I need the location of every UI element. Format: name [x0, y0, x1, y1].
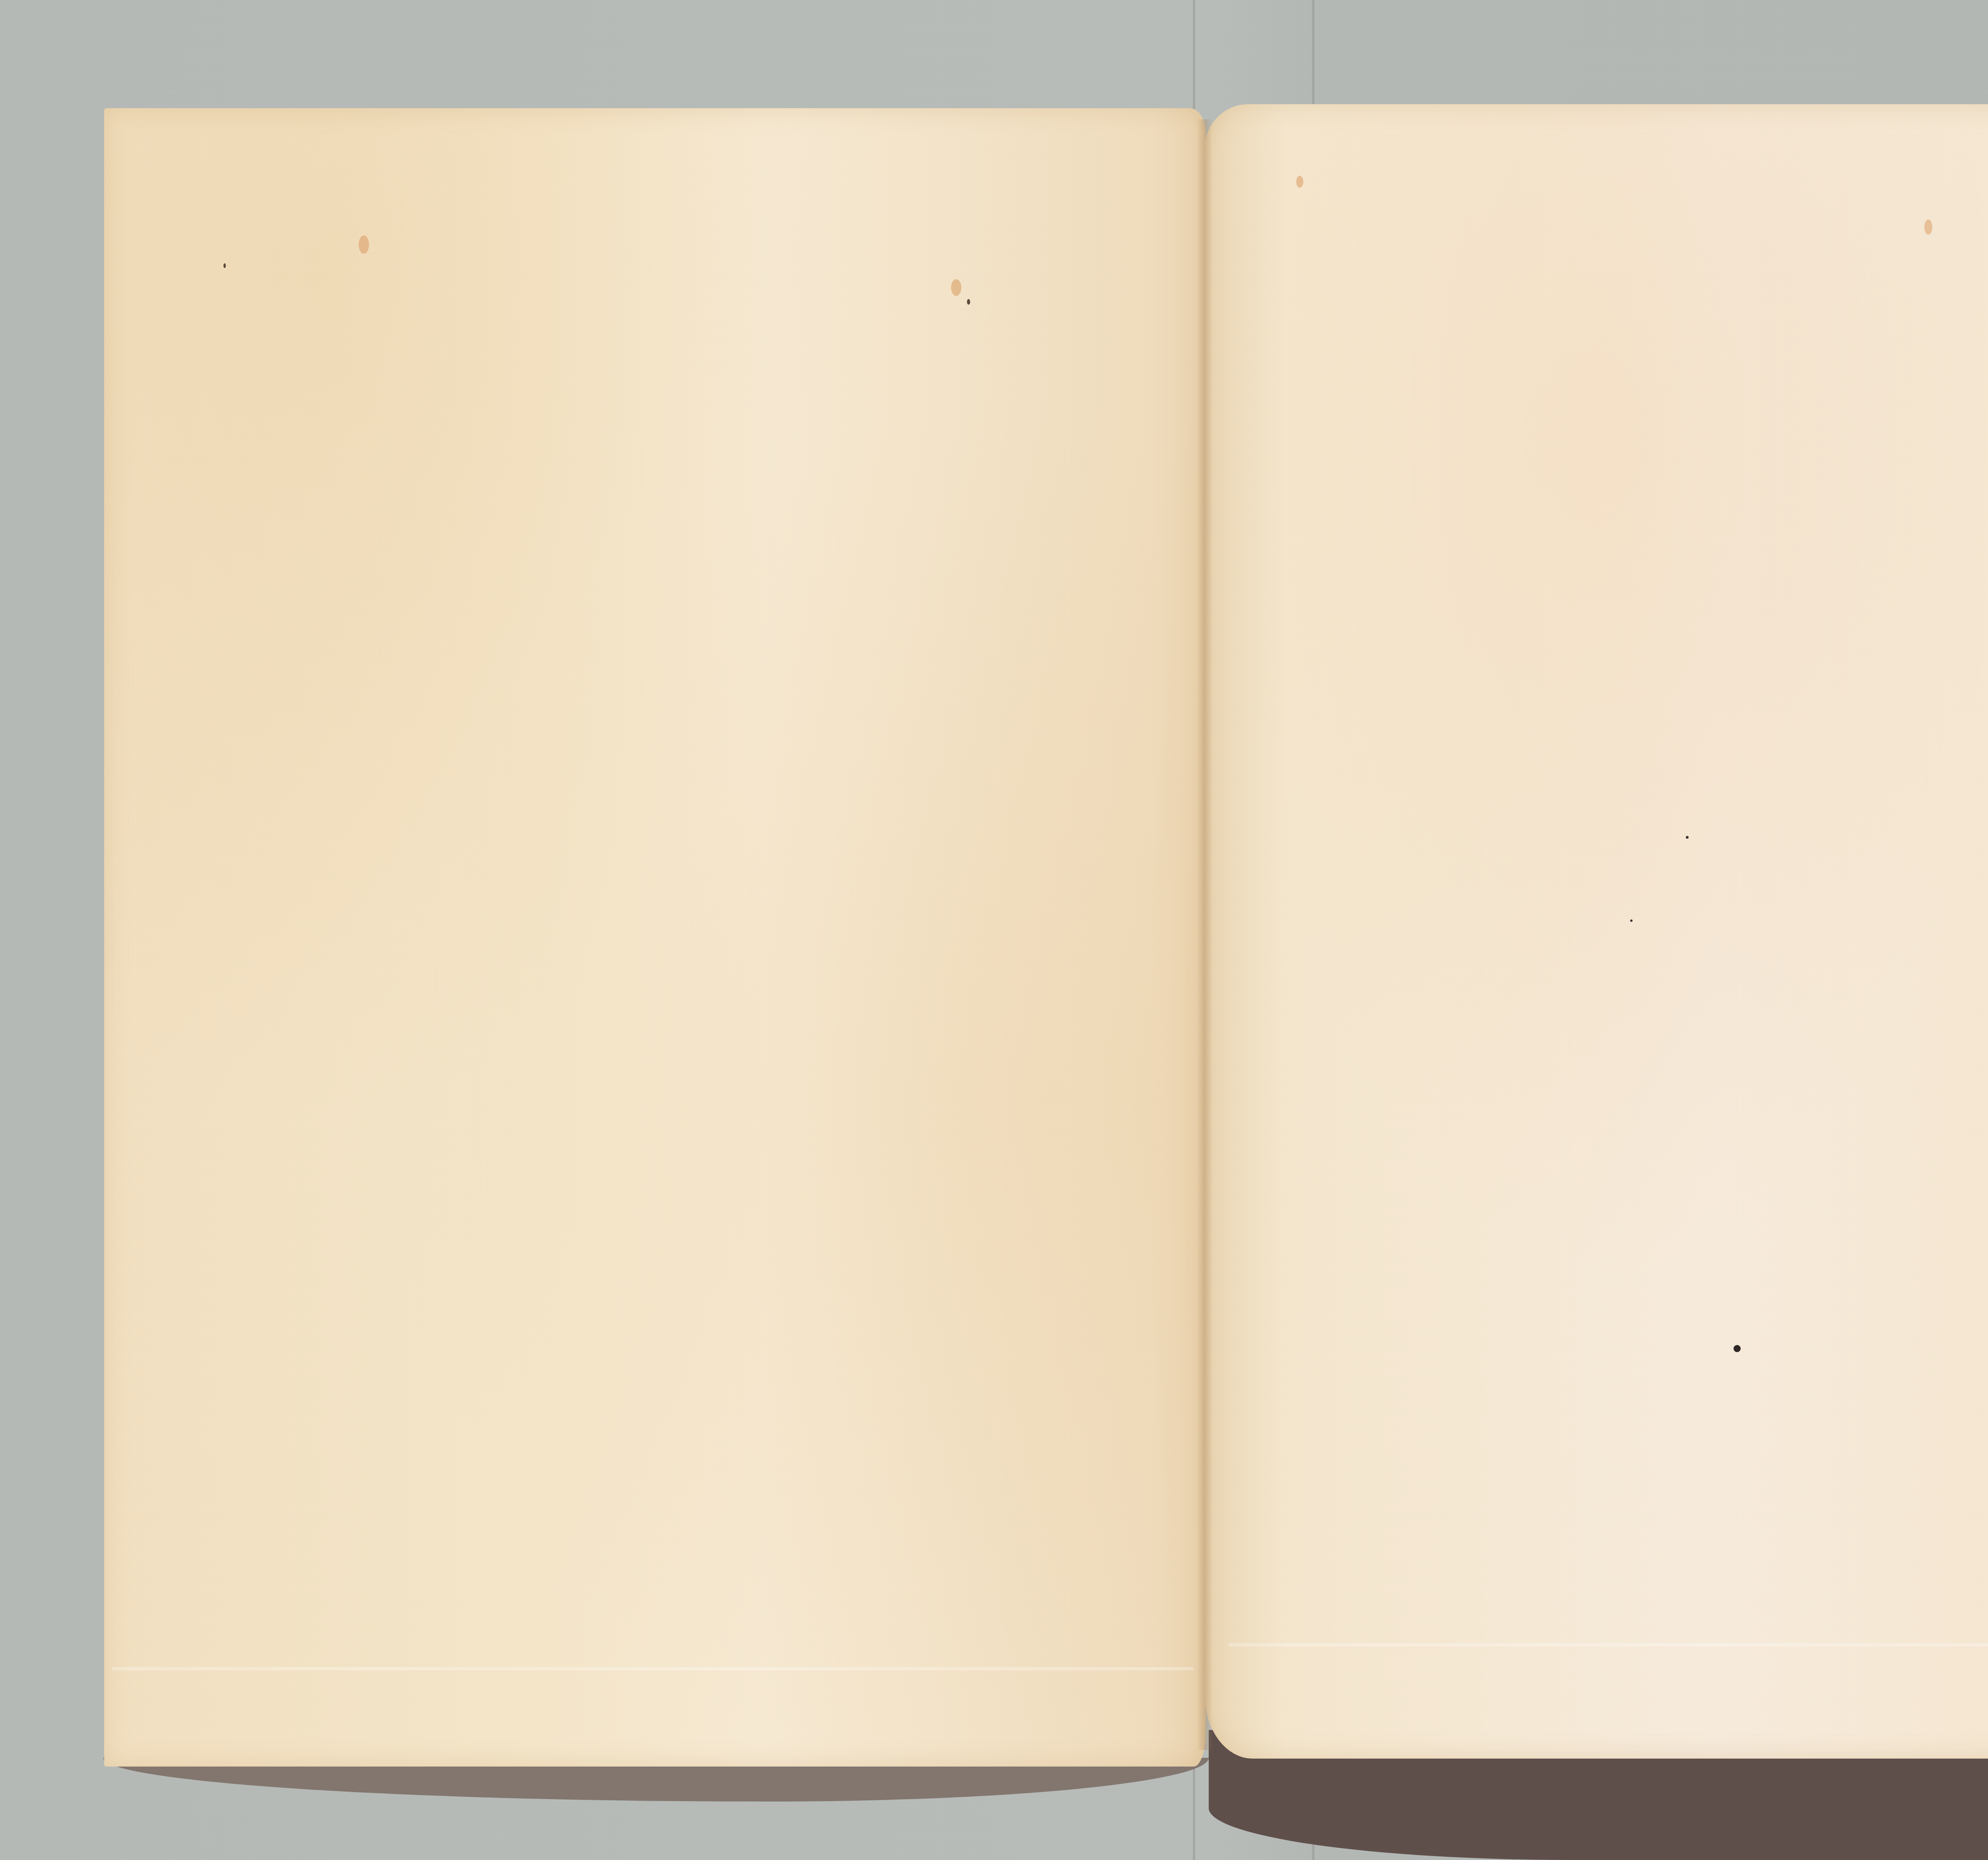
foxing-spot: [1296, 176, 1303, 188]
ink-dot: [223, 263, 226, 268]
foxing-spot: [359, 235, 369, 254]
photo-scene: [0, 0, 1988, 1860]
ink-dot: [1734, 1345, 1741, 1352]
foxing-spot: [1924, 220, 1932, 235]
book-gutter: [1197, 119, 1213, 1750]
left-page: [104, 108, 1206, 1767]
ink-dot: [967, 299, 970, 305]
foxing-spot: [951, 279, 961, 296]
ink-dot: [1630, 919, 1633, 922]
ink-dot: [1686, 836, 1689, 839]
right-page: [1205, 104, 1988, 1759]
page-crease: [112, 1667, 1194, 1670]
page-crease: [1229, 1643, 1988, 1646]
